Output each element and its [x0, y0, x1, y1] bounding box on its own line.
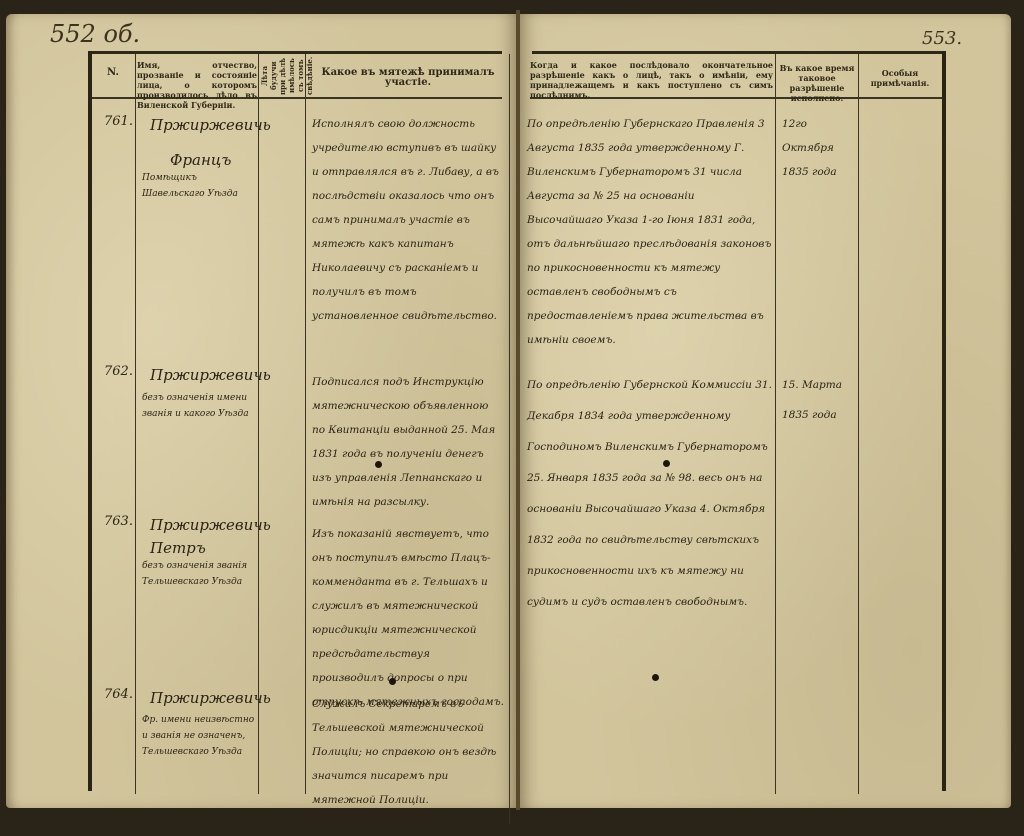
entry-status: Фр. имени неизвѣстно и званія не означен… — [142, 712, 256, 760]
left-outer-border — [88, 51, 92, 791]
binding-hole — [663, 460, 670, 467]
header-person: Имя, отчество, прозваніе и состояніе лиц… — [137, 60, 257, 110]
header-executed: Въ какое время таковое разрѣшеніе исполн… — [777, 63, 857, 103]
entry-participation: Подписался подъ Инструкцію мятежническою… — [312, 370, 504, 514]
binding-hole — [375, 461, 382, 468]
col-divider-age — [305, 54, 306, 794]
entry-given-name: Петръ — [150, 538, 250, 558]
left-page-number: 552 об. — [50, 20, 140, 48]
binding-hole — [389, 678, 396, 685]
col-divider-participation — [509, 54, 510, 824]
entry-status: безъ означенія званія Тельшевскаго Уѣзда — [142, 558, 256, 590]
binding-hole — [652, 674, 659, 681]
entry-number: 761. — [104, 110, 133, 134]
entry-resolution: По опредѣленію Губернской Коммиссіи 31. … — [527, 370, 772, 618]
header-number: N. — [92, 68, 134, 78]
entry-number: 762. — [104, 360, 133, 384]
entry-surname: Пржиржевичь — [150, 688, 260, 708]
header-participation: Какое въ мятежѣ принималъ участіе. — [308, 68, 508, 88]
right-outer-border — [942, 51, 946, 791]
right-page-number: 553. — [922, 28, 962, 49]
header-resolution: Когда и какое послѣдовало окончательное … — [530, 60, 773, 100]
col-divider-resolution — [775, 54, 776, 794]
header-case-age: Лѣта будучи при дѣлѣ имѣлось съ томъ свѣ… — [260, 56, 304, 96]
entry-number: 764. — [104, 683, 133, 707]
book-spine — [516, 10, 520, 810]
entry-executed: 15. Марта 1835 года — [782, 370, 854, 430]
entry-resolution: По опредѣленію Губернскаго Правленія 3 А… — [527, 112, 772, 352]
col-divider-executed — [858, 54, 859, 794]
header-remarks: Особыя примѣчанія. — [860, 68, 940, 88]
entry-participation: Изъ показаній явствуетъ, что онъ поступи… — [312, 522, 504, 714]
entry-surname: Пржиржевичь — [150, 115, 260, 135]
entry-participation: Исполнялъ свою должность учредителю всту… — [312, 112, 504, 328]
entry-given-name: Францъ — [170, 150, 260, 170]
right-top-rule — [532, 51, 942, 54]
entry-status: безъ означенія имени званія и какого Уѣз… — [142, 390, 256, 422]
entry-number: 763. — [104, 510, 133, 534]
entry-participation: Служилъ Секретаремъ въ Тельшевской мятеж… — [312, 692, 504, 812]
entry-surname: Пржиржевичь — [150, 515, 260, 535]
col-divider-number — [135, 54, 136, 794]
entry-executed: 12го Октября 1835 года — [782, 112, 854, 184]
left-top-rule — [92, 51, 502, 54]
entry-surname: Пржиржевичь — [150, 365, 260, 385]
entry-status: Помѣщикъ Шавельскаго Уѣзда — [142, 170, 256, 202]
